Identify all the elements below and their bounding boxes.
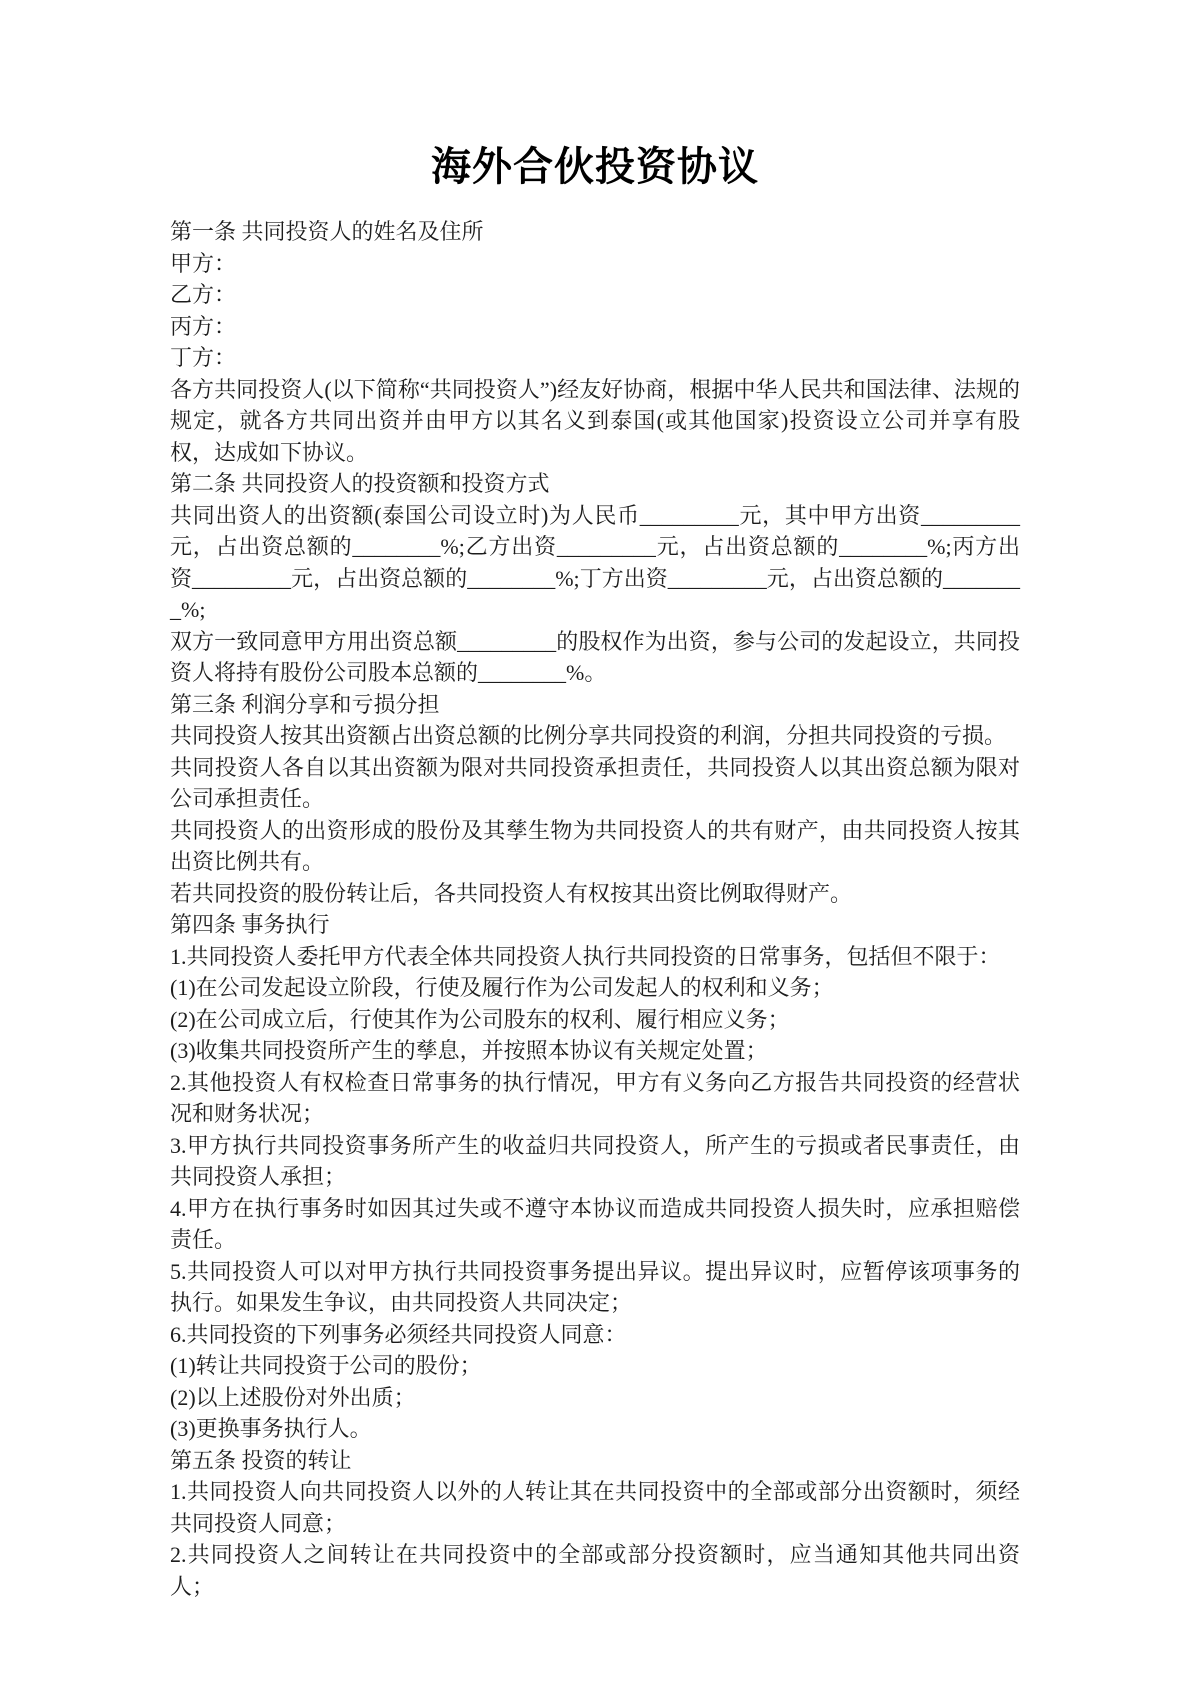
paragraph: 双方一致同意甲方用出资总额_________的股权作为出资，参与公司的发起设立，… xyxy=(170,626,1020,689)
paragraph: 若共同投资的股份转让后，各共同投资人有权按其出资比例取得财产。 xyxy=(170,878,1020,910)
document-body: 第一条 共同投资人的姓名及住所甲方：乙方：丙方：丁方：各方共同投资人(以下简称“… xyxy=(170,216,1020,1602)
document-page: 海外合伙投资协议 第一条 共同投资人的姓名及住所甲方：乙方：丙方：丁方：各方共同… xyxy=(0,0,1190,1683)
paragraph: 共同投资人的出资形成的股份及其孳生物为共同投资人的共有财产，由共同投资人按其出资… xyxy=(170,815,1020,878)
paragraph: (2)以上述股份对外出质； xyxy=(170,1382,1020,1414)
paragraph: 2.其他投资人有权检查日常事务的执行情况，甲方有义务向乙方报告共同投资的经营状况… xyxy=(170,1067,1020,1130)
paragraph: 共同投资人各自以其出资额为限对共同投资承担责任，共同投资人以其出资总额为限对公司… xyxy=(170,752,1020,815)
paragraph: 2.共同投资人之间转让在共同投资中的全部或部分投资额时，应当通知其他共同出资人； xyxy=(170,1539,1020,1602)
paragraph: 第四条 事务执行 xyxy=(170,909,1020,941)
paragraph: 丙方： xyxy=(170,311,1020,343)
paragraph: 3.甲方执行共同投资事务所产生的收益归共同投资人，所产生的亏损或者民事责任，由共… xyxy=(170,1130,1020,1193)
paragraph: 第一条 共同投资人的姓名及住所 xyxy=(170,216,1020,248)
paragraph: 甲方： xyxy=(170,248,1020,280)
document-title: 海外合伙投资协议 xyxy=(170,142,1020,192)
paragraph: 5.共同投资人可以对甲方执行共同投资事务提出异议。提出异议时，应暂停该项事务的执… xyxy=(170,1256,1020,1319)
paragraph: 丁方： xyxy=(170,342,1020,374)
paragraph: 6.共同投资的下列事务必须经共同投资人同意： xyxy=(170,1319,1020,1351)
paragraph: 1.共同投资人委托甲方代表全体共同投资人执行共同投资的日常事务，包括但不限于： xyxy=(170,941,1020,973)
paragraph: (1)在公司发起设立阶段，行使及履行作为公司发起人的权利和义务； xyxy=(170,972,1020,1004)
paragraph: 各方共同投资人(以下简称“共同投资人”)经友好协商，根据中华人民共和国法律、法规… xyxy=(170,374,1020,469)
paragraph: (1)转让共同投资于公司的股份； xyxy=(170,1350,1020,1382)
paragraph: (3)收集共同投资所产生的孳息，并按照本协议有关规定处置； xyxy=(170,1035,1020,1067)
paragraph: 1.共同投资人向共同投资人以外的人转让其在共同投资中的全部或部分出资额时，须经共… xyxy=(170,1476,1020,1539)
paragraph: 乙方： xyxy=(170,279,1020,311)
paragraph: (3)更换事务执行人。 xyxy=(170,1413,1020,1445)
paragraph: 第三条 利润分享和亏损分担 xyxy=(170,689,1020,721)
paragraph: 4.甲方在执行事务时如因其过失或不遵守本协议而造成共同投资人损失时，应承担赔偿责… xyxy=(170,1193,1020,1256)
paragraph: 第二条 共同投资人的投资额和投资方式 xyxy=(170,468,1020,500)
paragraph: 共同投资人按其出资额占出资总额的比例分享共同投资的利润，分担共同投资的亏损。 xyxy=(170,720,1020,752)
paragraph: 共同出资人的出资额(泰国公司设立时)为人民币_________元，其中甲方出资_… xyxy=(170,500,1020,626)
paragraph: 第五条 投资的转让 xyxy=(170,1445,1020,1477)
paragraph: (2)在公司成立后，行使其作为公司股东的权利、履行相应义务； xyxy=(170,1004,1020,1036)
